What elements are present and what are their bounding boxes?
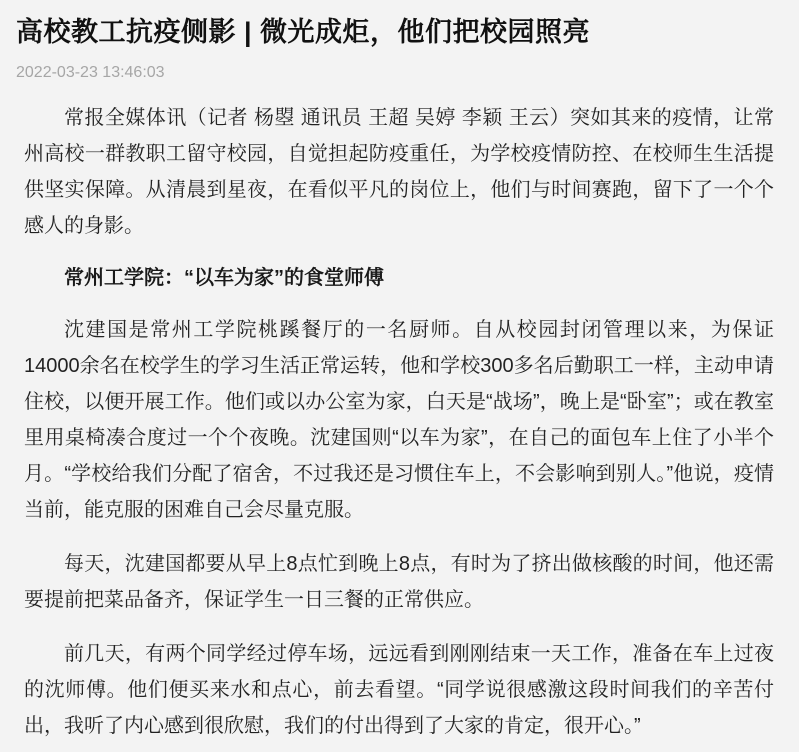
body-paragraph-2: 每天，沈建国都要从早上8点忙到晚上8点，有时为了挤出做核酸的时间，他还需要提前把… [24, 546, 774, 618]
section-heading: 常州工学院：“以车为家”的食堂师傅 [24, 264, 774, 292]
publish-timestamp: 2022-03-23 13:46:03 [16, 63, 774, 82]
intro-paragraph: 常报全媒体讯（记者 杨曌 通讯员 王超 吴婷 李颖 王云）突如其来的疫情，让常州… [24, 100, 774, 244]
article-page: 高校教工抗疫侧影 | 微光成炬，他们把校园照亮 2022-03-23 13:46… [0, 0, 799, 744]
article-title: 高校教工抗疫侧影 | 微光成炬，他们把校园照亮 [16, 14, 774, 50]
body-paragraph-1: 沈建国是常州工学院桃蹊餐厅的一名厨师。自从校园封闭管理以来，为保证14000余名… [24, 312, 774, 528]
body-paragraph-3: 前几天，有两个同学经过停车场，远远看到刚刚结束一天工作，准备在车上过夜的沈师傅。… [24, 636, 774, 744]
